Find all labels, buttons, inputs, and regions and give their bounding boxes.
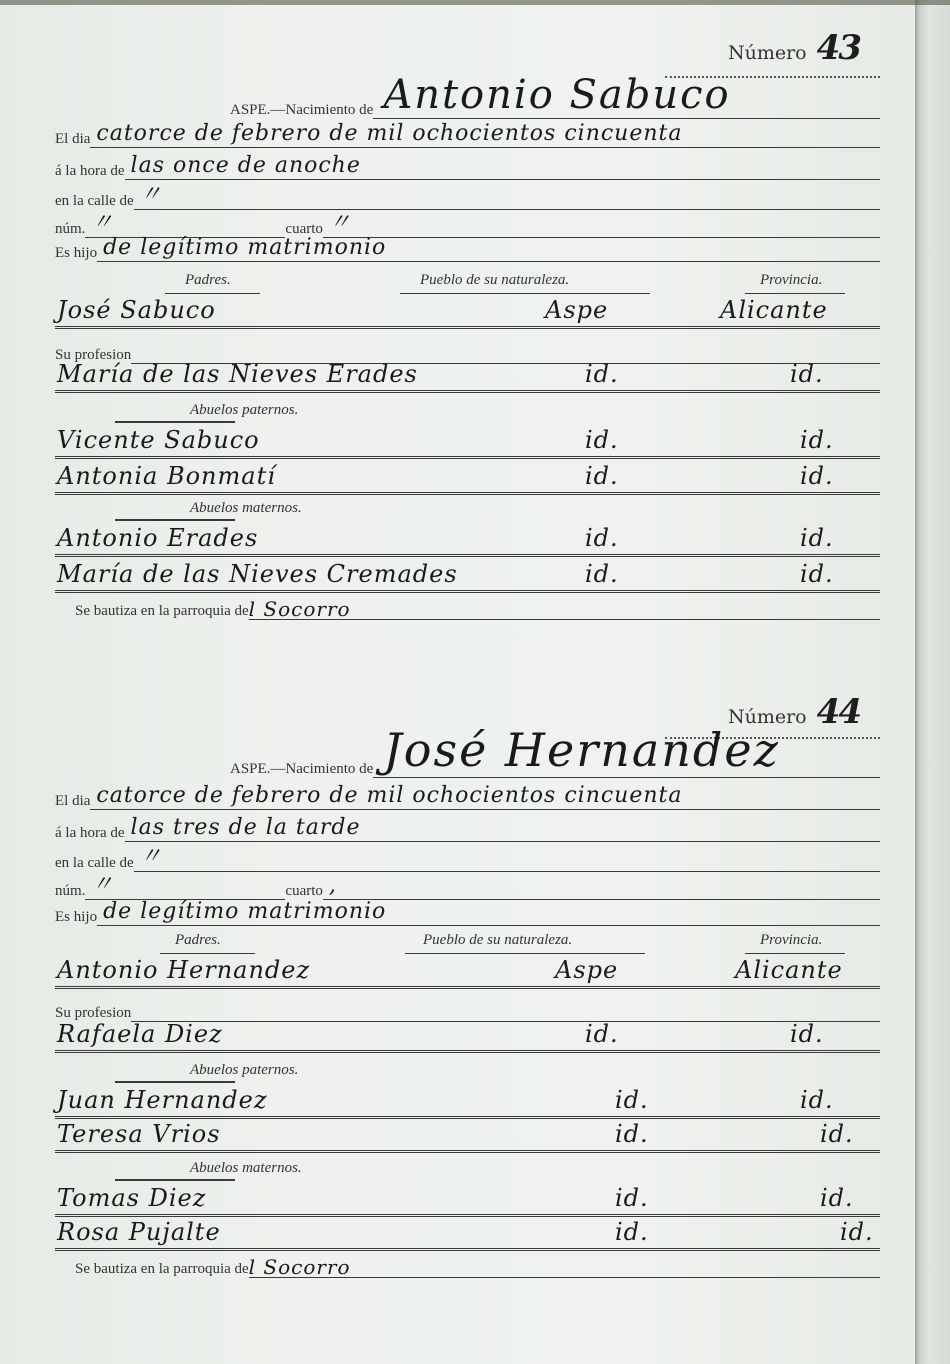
abuela-materna-name: Rosa Pujalte [57, 1218, 221, 1246]
field-bautiza: Se bautiza en la parroquia de l Socorro [75, 596, 880, 620]
pueblo-header: Pueblo de su naturaleza. [423, 932, 572, 949]
field-hijo: Es hijo de legítimo matrimonio [55, 902, 880, 926]
abuelos-paternos-label: Abuelos paternos. [190, 1062, 298, 1079]
record-number: Número 43 [728, 28, 860, 68]
abuelo-paterno-provincia: id. [800, 1086, 834, 1114]
numero-value: 43 [817, 28, 860, 68]
dia-value: catorce de febrero de mil ochocientos ci… [96, 121, 682, 146]
madre-provincia: id. [790, 1020, 824, 1048]
abuelo-paterno-pueblo: id. [615, 1086, 649, 1114]
abuela-paterna-pueblo: id. [615, 1120, 649, 1148]
abuelo-paterno-name: Vicente Sabuco [57, 426, 260, 454]
abuela-paterna-row: Antonia Bonmatí id. id. [55, 458, 880, 495]
pueblo-header: Pueblo de su naturaleza. [420, 272, 569, 289]
hijo-value: de legítimo matrimonio [103, 235, 386, 260]
abuelos-maternos-label: Abuelos maternos. [190, 500, 302, 517]
abuela-materna-row: María de las Nieves Cremades id. id. [55, 556, 880, 593]
abuelo-paterno-row: Juan Hernandez id. id. [55, 1082, 880, 1119]
nacimiento-title-row: ASPE.—Nacimiento de Antonio Sabuco [230, 78, 880, 119]
abuelo-paterno-pueblo: id. [585, 426, 619, 454]
cuarto-label: cuarto [285, 883, 322, 900]
abuela-materna-row: Rosa Pujalte id. id. [55, 1214, 880, 1251]
padre-provincia: Alicante [720, 296, 828, 324]
padres-header: Padres. [185, 272, 231, 289]
child-name: José Hernandez [383, 723, 780, 777]
field-num-cuarto: núm. 〃 cuarto , [55, 876, 880, 900]
padre-name: José Sabuco [57, 296, 216, 324]
num-value: 〃 [91, 205, 114, 236]
field-hijo: Es hijo de legítimo matrimonio [55, 238, 880, 262]
field-dia: El dia catorce de febrero de mil ochocie… [55, 786, 880, 810]
numero-label: Número [728, 42, 807, 64]
provincia-header: Provincia. [760, 932, 822, 949]
padre-provincia: Alicante [735, 956, 843, 984]
field-hora: á la hora de las once de anoche [55, 156, 880, 180]
abuelo-materno-provincia: id. [800, 524, 834, 552]
abuelo-materno-provincia: id. [820, 1184, 854, 1212]
field-dia: El dia catorce de febrero de mil ochocie… [55, 124, 880, 148]
abuelo-materno-row: Tomas Diez id. id. [55, 1180, 880, 1217]
madre-pueblo: id. [585, 1020, 619, 1048]
padre-name: Antonio Hernandez [57, 956, 310, 984]
abuelo-materno-row: Antonio Erades id. id. [55, 520, 880, 557]
calle-value: 〃 [140, 177, 163, 208]
dia-label: El dia [55, 131, 90, 148]
abuela-materna-pueblo: id. [615, 1218, 649, 1246]
abuelo-materno-name: Antonio Erades [57, 524, 258, 552]
hijo-label: Es hijo [55, 245, 97, 262]
field-bautiza: Se bautiza en la parroquia de l Socorro [75, 1254, 880, 1278]
abuelos-paternos-label: Abuelos paternos. [190, 402, 298, 419]
provincia-header: Provincia. [760, 272, 822, 289]
hora-label: á la hora de [55, 825, 125, 842]
calle-value: 〃 [140, 839, 163, 870]
padre-pueblo: Aspe [545, 296, 608, 324]
abuelo-paterno-name: Juan Hernandez [57, 1086, 268, 1114]
field-calle: en la calle de 〃 [55, 186, 880, 210]
abuelo-materno-pueblo: id. [585, 524, 619, 552]
madre-pueblo: id. [585, 360, 619, 388]
madre-provincia: id. [790, 360, 824, 388]
abuela-materna-provincia: id. [800, 560, 834, 588]
abuela-paterna-row: Teresa Vrios id. id. [55, 1116, 880, 1153]
num-label: núm. [55, 221, 85, 238]
parroquia-value: l Socorro [249, 597, 351, 621]
abuelo-paterno-provincia: id. [800, 426, 834, 454]
abuela-paterna-name: Antonia Bonmatí [57, 462, 276, 490]
field-calle: en la calle de 〃 [55, 848, 880, 872]
abuelo-materno-name: Tomas Diez [57, 1184, 206, 1212]
nacimiento-title-row: ASPE.—Nacimiento de José Hernandez [230, 737, 880, 778]
madre-row: Rafaela Diez id. id. [55, 1016, 880, 1053]
abuela-materna-name: María de las Nieves Cremades [57, 560, 458, 588]
hora-value: las once de anoche [131, 153, 361, 178]
dia-label: El dia [55, 793, 90, 810]
page-top-edge [0, 0, 950, 5]
column-headers: Padres. Pueblo de su naturaleza. Provinc… [55, 932, 880, 954]
padre-row: José Sabuco Aspe Alicante [55, 292, 880, 329]
numero-value: 44 [817, 692, 860, 732]
hora-value: las tres de la tarde [131, 815, 361, 840]
abuela-paterna-provincia: id. [800, 462, 834, 490]
parroquia-value: l Socorro [249, 1255, 351, 1279]
abuela-paterna-name: Teresa Vrios [57, 1120, 221, 1148]
num-label: núm. [55, 883, 85, 900]
padre-pueblo: Aspe [555, 956, 618, 984]
child-name: Antonio Sabuco [383, 72, 730, 118]
num-value: 〃 [91, 867, 114, 898]
abuela-materna-provincia: id. [840, 1218, 874, 1246]
hijo-label: Es hijo [55, 909, 97, 926]
hijo-value: de legítimo matrimonio [103, 899, 386, 924]
abuela-paterna-pueblo: id. [585, 462, 619, 490]
nacimiento-label: ASPE.—Nacimiento de [230, 102, 373, 119]
dia-value: catorce de febrero de mil ochocientos ci… [96, 783, 682, 808]
abuelo-materno-pueblo: id. [615, 1184, 649, 1212]
bautiza-label: Se bautiza en la parroquia de [75, 603, 249, 620]
cuarto-value: , [329, 873, 337, 898]
book-gutter [915, 0, 950, 1364]
padres-header: Padres. [175, 932, 221, 949]
abuelos-maternos-label: Abuelos maternos. [190, 1160, 302, 1177]
abuela-paterna-provincia: id. [820, 1120, 854, 1148]
abuela-materna-pueblo: id. [585, 560, 619, 588]
madre-name: Rafaela Diez [57, 1020, 223, 1048]
field-hora: á la hora de las tres de la tarde [55, 818, 880, 842]
hora-label: á la hora de [55, 163, 125, 180]
nacimiento-label: ASPE.—Nacimiento de [230, 761, 373, 778]
padre-row: Antonio Hernandez Aspe Alicante [55, 952, 880, 989]
madre-name: María de las Nieves Erades [57, 360, 418, 388]
madre-row: María de las Nieves Erades id. id. [55, 356, 880, 393]
abuelo-paterno-row: Vicente Sabuco id. id. [55, 422, 880, 459]
column-headers: Padres. Pueblo de su naturaleza. Provinc… [55, 272, 880, 294]
cuarto-value: 〃 [329, 205, 352, 236]
bautiza-label: Se bautiza en la parroquia de [75, 1261, 249, 1278]
